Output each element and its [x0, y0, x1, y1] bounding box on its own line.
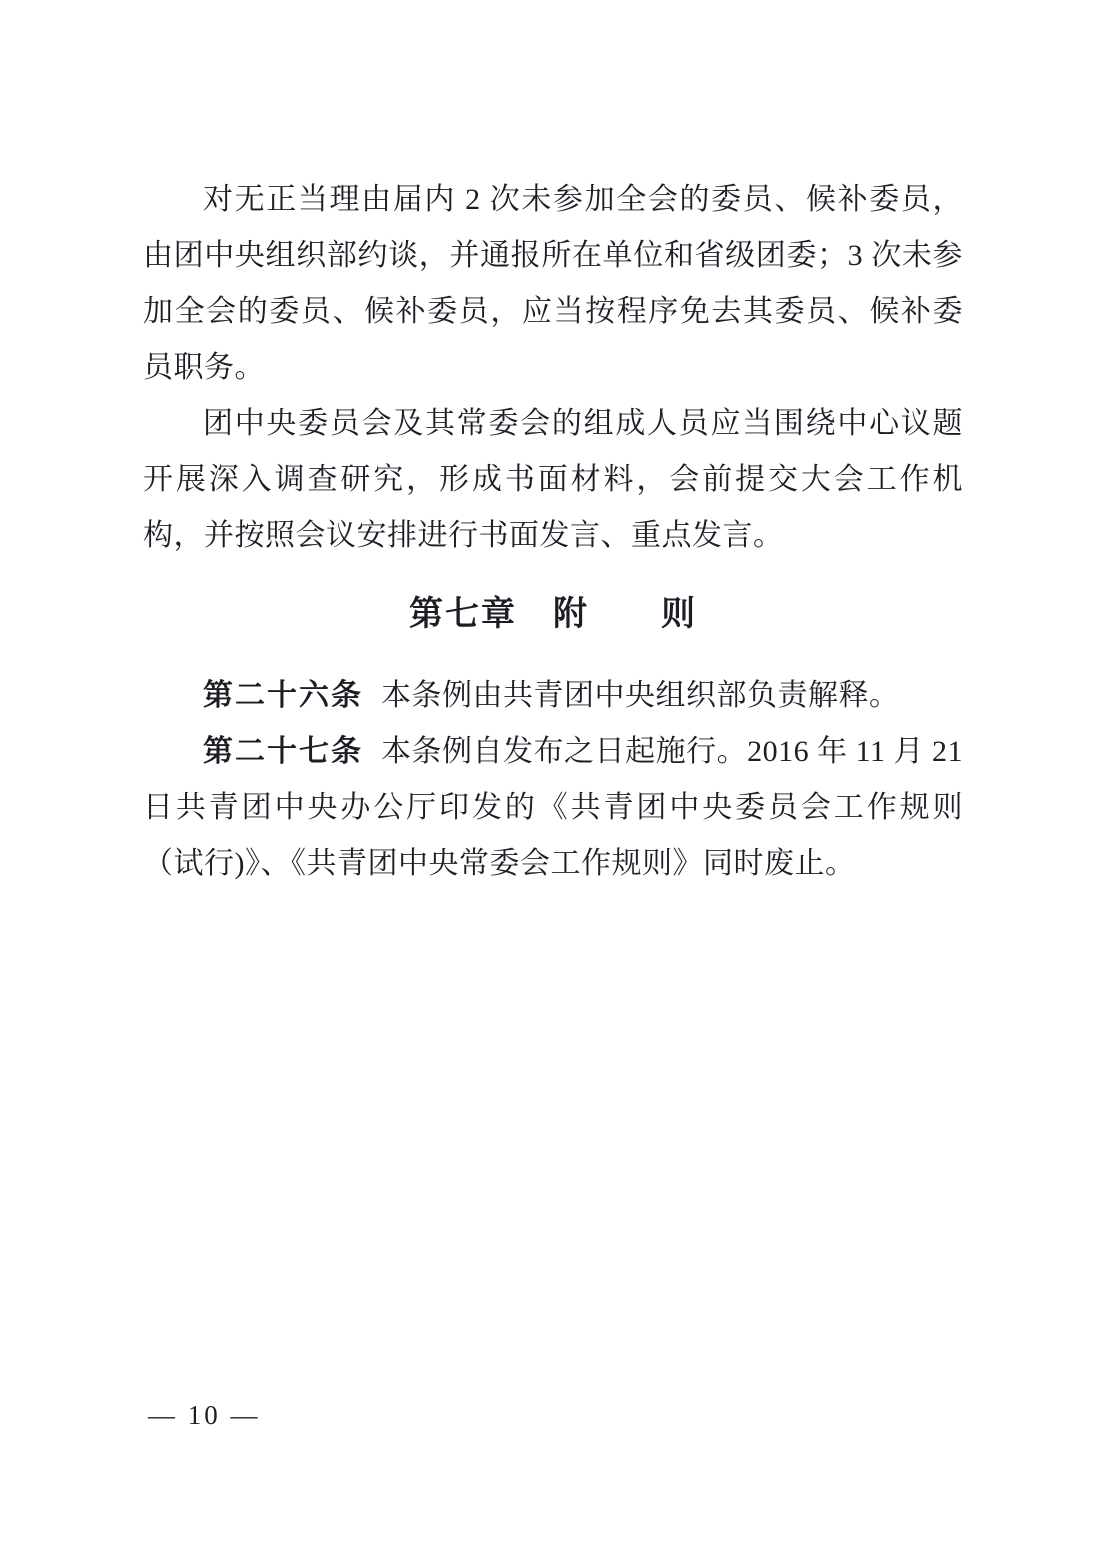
chapter-heading: 第七章 附 则 [143, 584, 963, 644]
paragraph-research-duty: 团中央委员会及其常委会的组成人员应当围绕中心议题开展深入调查研究，形成书面材料，… [143, 396, 963, 564]
document-body: 对无正当理由届内 2 次未参加全会的委员、候补委员，由团中央组织部约谈，并通报所… [143, 172, 963, 892]
page-number: — 10 — [148, 1395, 261, 1435]
article-27-number: 第二十七条 [203, 735, 363, 768]
article-26-number: 第二十六条 [203, 679, 363, 712]
article-26: 第二十六条本条例由共青团中央组织部负责解释。 [143, 668, 963, 724]
article-26-text: 本条例由共青团中央组织部负责解释。 [381, 679, 900, 712]
article-27: 第二十七条本条例自发布之日起施行。2016 年 11 月 21 日共青团中央办公… [143, 724, 963, 892]
document-page: 对无正当理由届内 2 次未参加全会的委员、候补委员，由团中央组织部约谈，并通报所… [0, 0, 1102, 1559]
paragraph-absence-rule: 对无正当理由届内 2 次未参加全会的委员、候补委员，由团中央组织部约谈，并通报所… [143, 172, 963, 396]
